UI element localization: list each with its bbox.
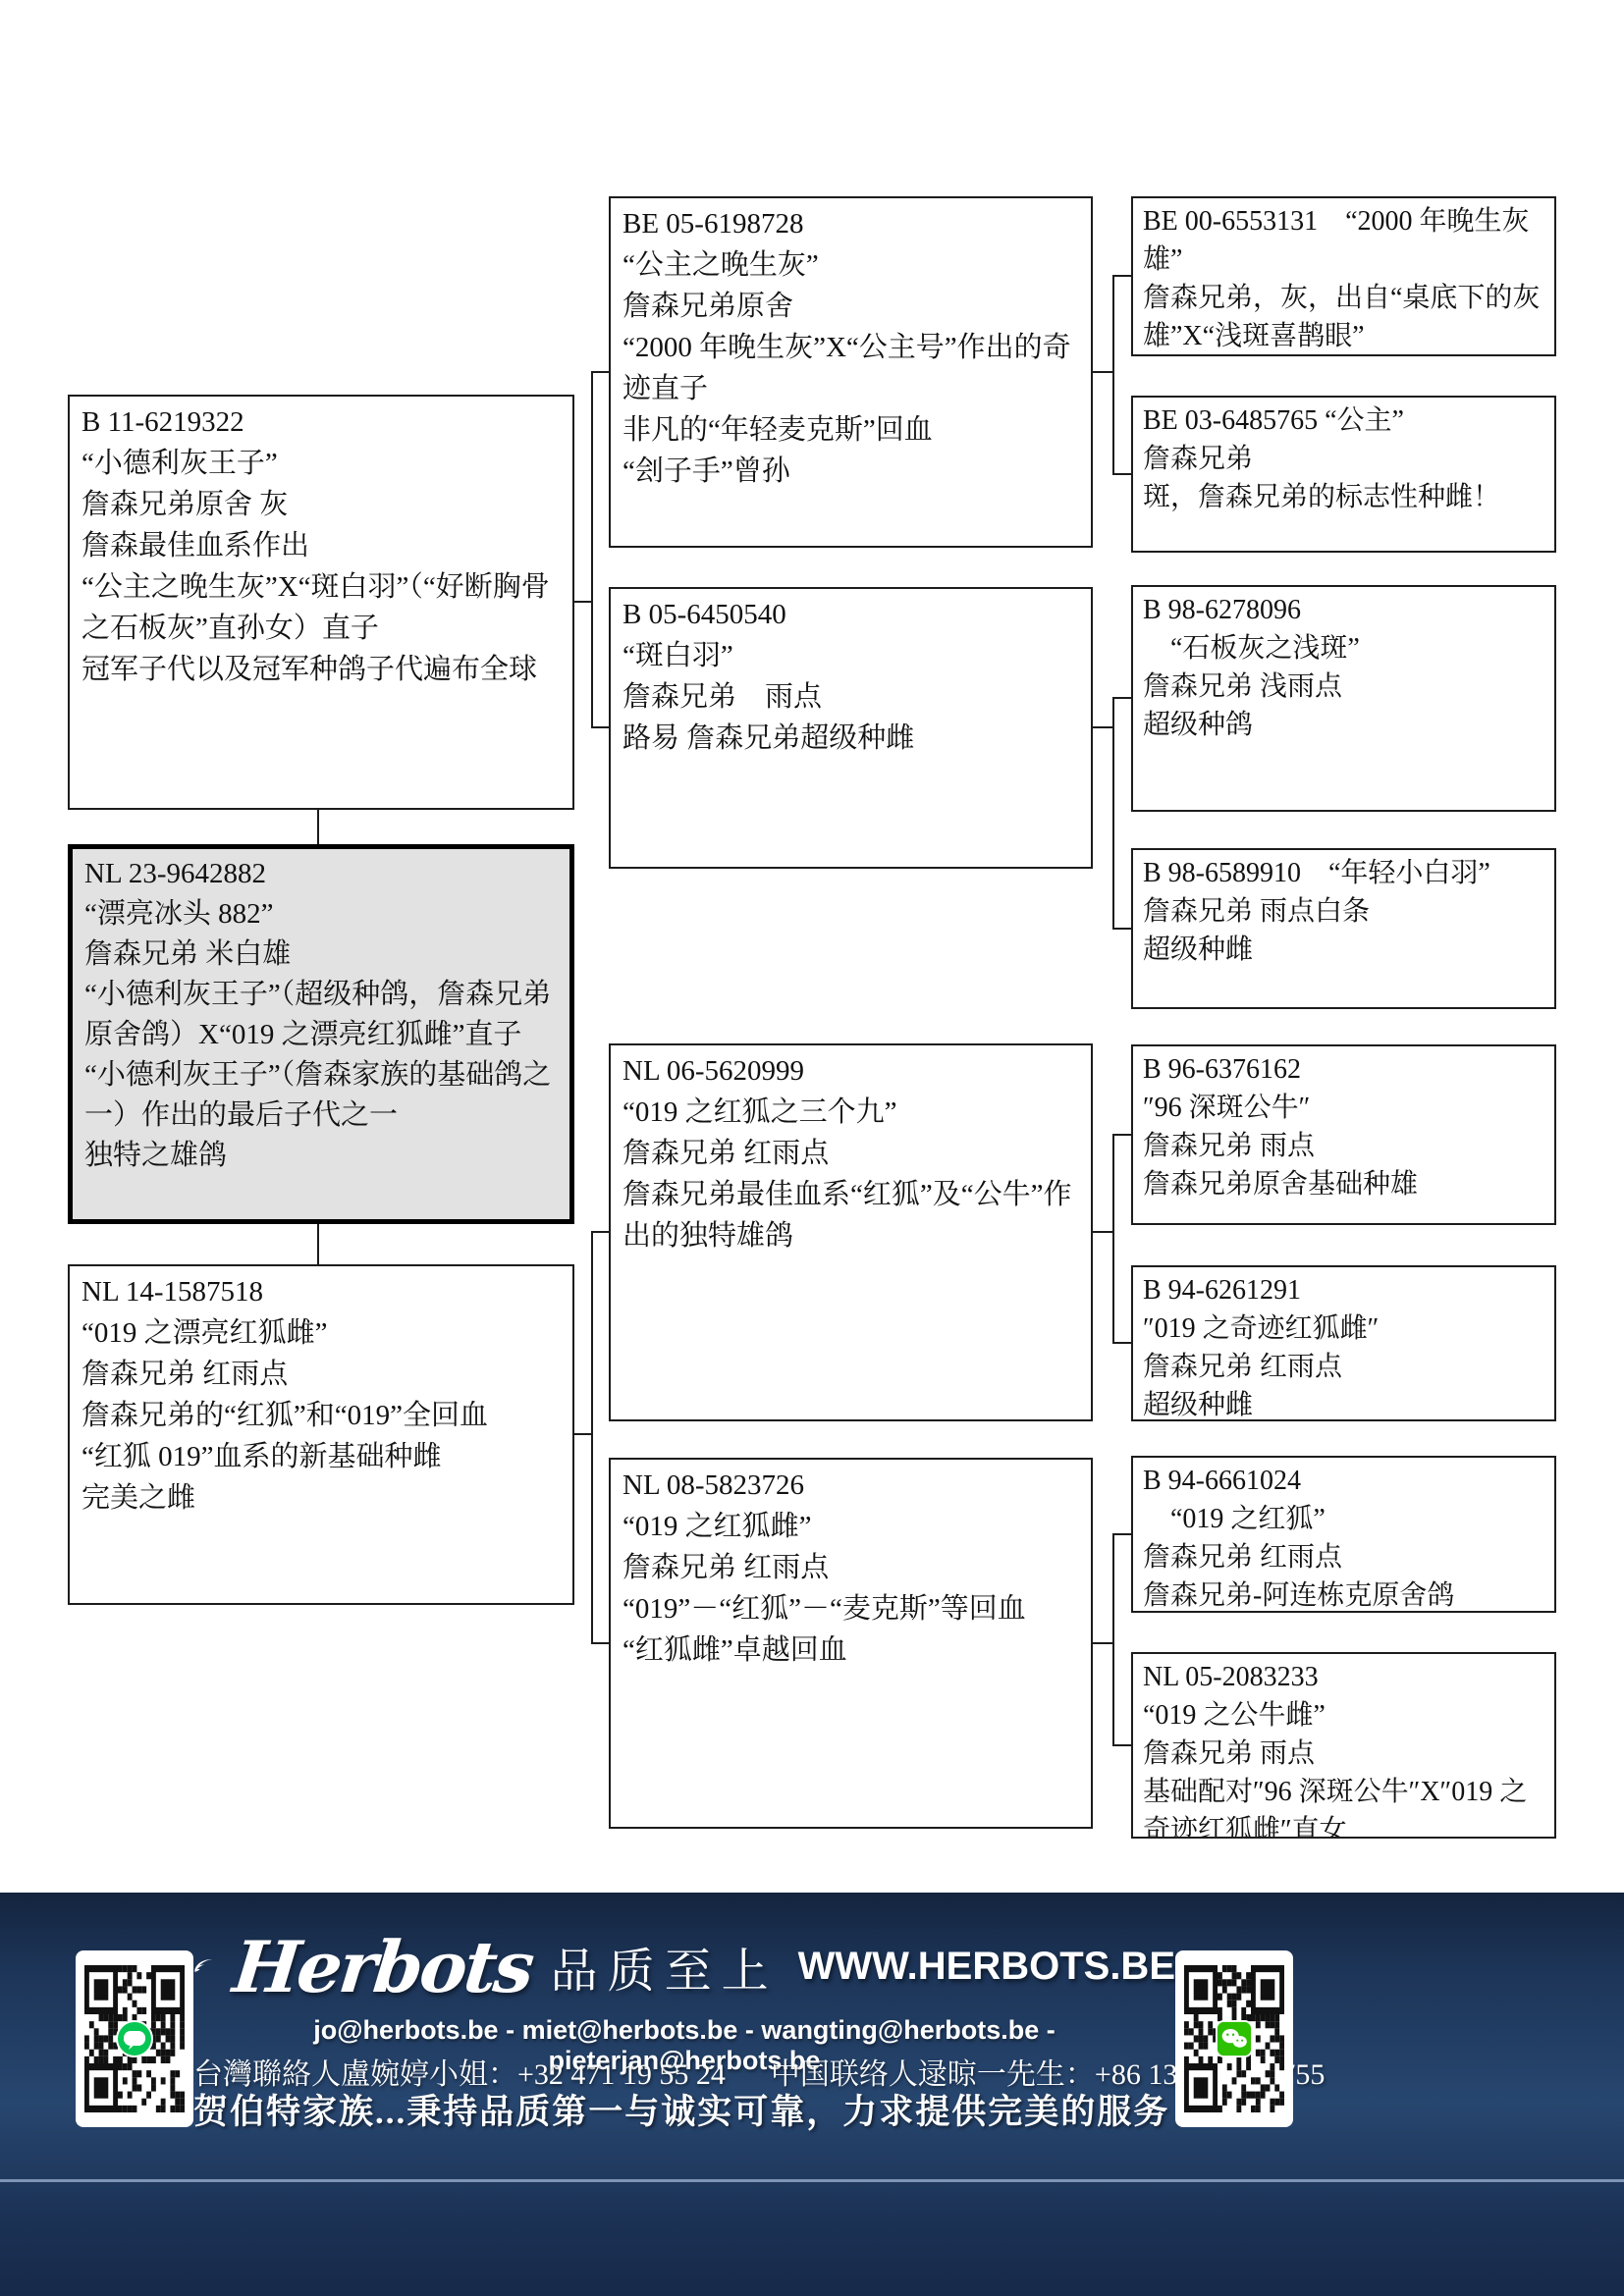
website-url: WWW.HERBOTS.BE bbox=[798, 1945, 1175, 1989]
pedigree-box-b-05-6450540: B 05-6450540 “斑白羽” 詹森兄弟 雨点 路易 詹森兄弟超级种雌 bbox=[609, 587, 1093, 869]
pedigree-box-nl-05-2083233: NL 05-2083233 “019 之公牛雌” 詹森兄弟 雨点 基础配对″96… bbox=[1131, 1652, 1556, 1839]
pedigree-box-b-96-6376162: B 96-6376162 ″96 深斑公牛″ 詹森兄弟 雨点 詹森兄弟原舍基础种… bbox=[1131, 1044, 1556, 1225]
footer-slogan: 贺伯特家族...秉持品质第一与诚实可靠，力求提供完美的服务！ bbox=[193, 2085, 1175, 2134]
connector-dam-h bbox=[574, 1433, 591, 1435]
pedigree-box-be-00-6553131: BE 00-6553131 “2000 年晚生灰雄” 詹森兄弟，灰，出自“桌底下… bbox=[1131, 196, 1556, 356]
pedigree-box-b-94-6261291: B 94-6261291 ″019 之奇迹红狐雌″ 詹森兄弟 红雨点 超级种雌 bbox=[1131, 1265, 1556, 1421]
connector-m3-h bbox=[1093, 1231, 1112, 1233]
feather-icon bbox=[193, 1945, 214, 1988]
connector-tick-r7 bbox=[1112, 1533, 1131, 1535]
footer-banner: Herbots 品质至上 WWW.HERBOTS.BE jo@herbots.b… bbox=[0, 1893, 1624, 2296]
wechat-icon bbox=[1216, 2020, 1253, 2057]
pedigree-box-sire-b-11-6219322: B 11-6219322 “小德利灰王子” 詹森兄弟原舍 灰 詹森最佳血系作出 … bbox=[68, 395, 574, 810]
connector-m1-h bbox=[1093, 371, 1112, 373]
pedigree-box-nl-08-5823726: NL 08-5823726 “019 之红狐雌” 詹森兄弟 红雨点 “019”－… bbox=[609, 1458, 1093, 1829]
connector-m1-v bbox=[1112, 276, 1114, 474]
connector-tick-r4 bbox=[1112, 928, 1131, 930]
connector-tick-m2 bbox=[591, 726, 609, 728]
brand-row: Herbots 品质至上 WWW.HERBOTS.BE bbox=[193, 1922, 1175, 2010]
connector-tick-m4 bbox=[591, 1642, 609, 1644]
connector-tick-r6 bbox=[1112, 1342, 1131, 1344]
connector-m4-v bbox=[1112, 1534, 1114, 1745]
pedigree-box-b-94-6661024: B 94-6661024 “019 之红狐” 詹森兄弟 红雨点 詹森兄弟-阿连栋… bbox=[1131, 1456, 1556, 1613]
line-icon bbox=[116, 2020, 153, 2057]
footer-divider bbox=[0, 2179, 1624, 2182]
connector-dam-v bbox=[591, 1232, 593, 1643]
connector-subject-to-dam bbox=[317, 1224, 319, 1264]
wechat-qr-card bbox=[1175, 1950, 1293, 2127]
pedigree-box-be-05-6198728: BE 05-6198728 “公主之晚生灰” 詹森兄弟原舍 “2000 年晚生灰… bbox=[609, 196, 1093, 548]
connector-tick-r2 bbox=[1112, 473, 1131, 475]
connector-m2-h bbox=[1093, 726, 1112, 728]
pedigree-box-b-98-6589910: B 98-6589910 “年轻小白羽” 詹森兄弟 雨点白条 超级种雌 bbox=[1131, 848, 1556, 1009]
pedigree-box-dam-nl-14-1587518: NL 14-1587518 “019 之漂亮红狐雌” 詹森兄弟 红雨点 詹森兄弟… bbox=[68, 1264, 574, 1605]
pedigree-box-subject-nl-23-9642882: NL 23-9642882 “漂亮冰头 882” 詹森兄弟 米白雄 “小德利灰王… bbox=[68, 844, 574, 1224]
pedigree-page: B 11-6219322 “小德利灰王子” 詹森兄弟原舍 灰 詹森最佳血系作出 … bbox=[0, 0, 1624, 2296]
pedigree-box-nl-06-5620999: NL 06-5620999 “019 之红狐之三个九” 詹森兄弟 红雨点 詹森兄… bbox=[609, 1043, 1093, 1421]
connector-sire-v bbox=[591, 372, 593, 727]
pedigree-box-be-03-6485765: BE 03-6485765 “公主” 詹森兄弟 斑，詹森兄弟的标志性种雌！ bbox=[1131, 396, 1556, 553]
connector-tick-r3 bbox=[1112, 697, 1131, 699]
connector-m4-h bbox=[1093, 1642, 1112, 1644]
connector-tick-r8 bbox=[1112, 1744, 1131, 1746]
brand-logo-herbots: Herbots bbox=[229, 1925, 535, 2008]
connector-m3-v bbox=[1112, 1135, 1114, 1343]
connector-m2-v bbox=[1112, 698, 1114, 929]
connector-tick-m1 bbox=[591, 371, 609, 373]
connector-tick-m3 bbox=[591, 1231, 609, 1233]
connector-tick-r1 bbox=[1112, 275, 1131, 277]
connector-subject-to-sire bbox=[317, 810, 319, 844]
connector-tick-r5 bbox=[1112, 1134, 1131, 1136]
connector-sire-h bbox=[574, 601, 591, 603]
brand-tagline: 品质至上 bbox=[551, 1933, 779, 2001]
line-qr-card bbox=[76, 1950, 193, 2127]
pedigree-box-b-98-6278096: B 98-6278096 “石板灰之浅斑” 詹森兄弟 浅雨点 超级种鸽 bbox=[1131, 585, 1556, 812]
